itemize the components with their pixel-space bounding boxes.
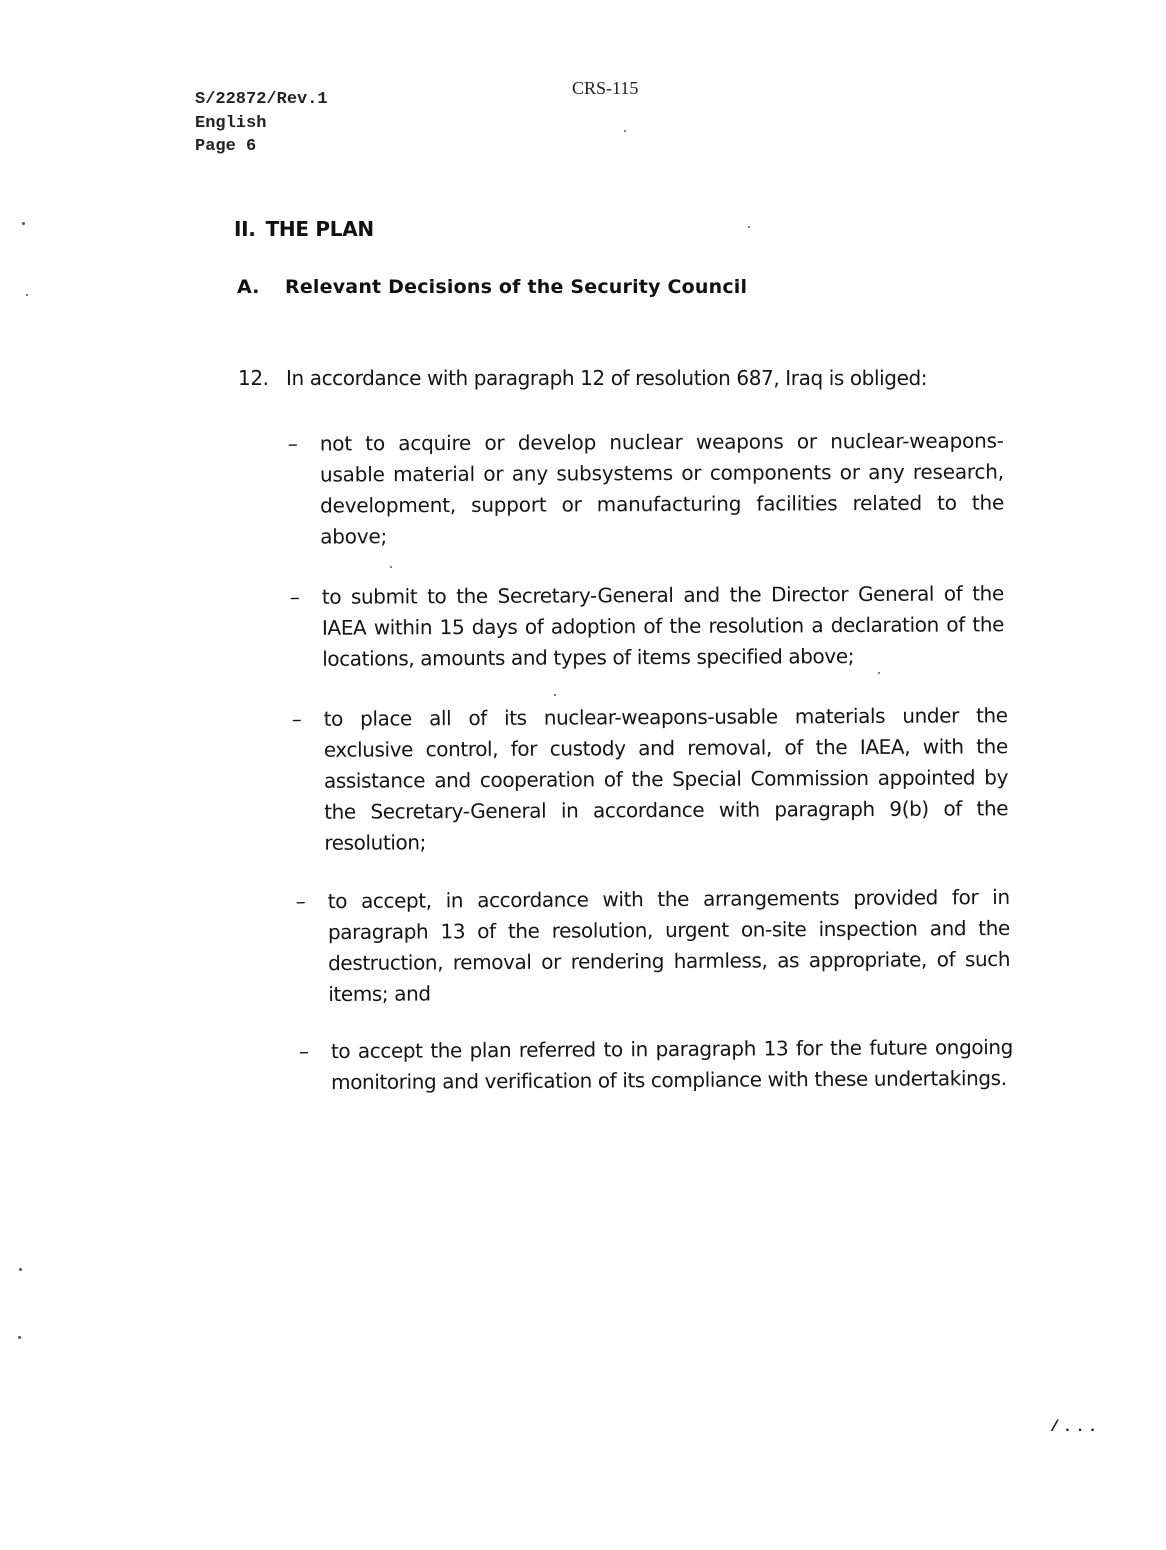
obligation-text: to place all of its nuclear-weapons-usab… xyxy=(324,700,1009,859)
obligation-text: not to acquire or develop nuclear weapon… xyxy=(320,426,1005,553)
dash-bullet-icon: – xyxy=(292,704,302,735)
scan-speck xyxy=(26,294,28,296)
subsection-letter: A. xyxy=(237,276,285,298)
scan-speck xyxy=(22,222,25,225)
dash-bullet-icon: – xyxy=(290,582,300,613)
document-header: S/22872/Rev.1 English Page 6 xyxy=(195,88,328,159)
dash-bullet-icon: – xyxy=(288,429,298,460)
paragraph-intro: In accordance with paragraph 12 of resol… xyxy=(286,366,927,390)
section-number: II. xyxy=(234,217,256,241)
obligation-item: – to place all of its nuclear-weapons-us… xyxy=(324,700,1009,859)
scan-speck xyxy=(390,566,392,568)
section-title: THE PLAN xyxy=(266,217,374,241)
scan-speck xyxy=(624,130,626,132)
obligation-text: to accept, in accordance with the arrang… xyxy=(328,882,1011,1010)
document-language: English xyxy=(195,112,328,136)
obligation-item: – to accept, in accordance with the arra… xyxy=(328,882,1011,1010)
scan-speck xyxy=(554,694,556,696)
section-heading: II.THE PLAN xyxy=(234,217,374,241)
document-symbol: S/22872/Rev.1 xyxy=(195,88,328,112)
paragraph-number: 12. xyxy=(238,366,286,390)
obligation-text: to submit to the Secretary-General and t… xyxy=(322,578,1004,675)
scan-speck xyxy=(878,672,880,674)
obligation-item: – to submit to the Secretary-General and… xyxy=(322,578,1004,675)
scan-speck xyxy=(748,226,750,228)
dash-bullet-icon: – xyxy=(296,886,306,917)
crs-number: CRS-115 xyxy=(572,78,638,99)
page-number: Page 6 xyxy=(195,135,328,159)
scan-speck xyxy=(18,1336,21,1339)
subsection-heading: A.Relevant Decisions of the Security Cou… xyxy=(237,276,747,298)
scan-speck xyxy=(19,1268,22,1271)
obligation-item: – not to acquire or develop nuclear weap… xyxy=(320,426,1005,553)
paragraph-12: 12.In accordance with paragraph 12 of re… xyxy=(238,366,927,390)
obligation-text: to accept the plan referred to in paragr… xyxy=(331,1032,1013,1098)
subsection-title: Relevant Decisions of the Security Counc… xyxy=(285,276,747,298)
obligation-item: – to accept the plan referred to in para… xyxy=(331,1032,1013,1098)
continued-marker: /... xyxy=(1050,1418,1100,1436)
dash-bullet-icon: – xyxy=(299,1036,309,1067)
